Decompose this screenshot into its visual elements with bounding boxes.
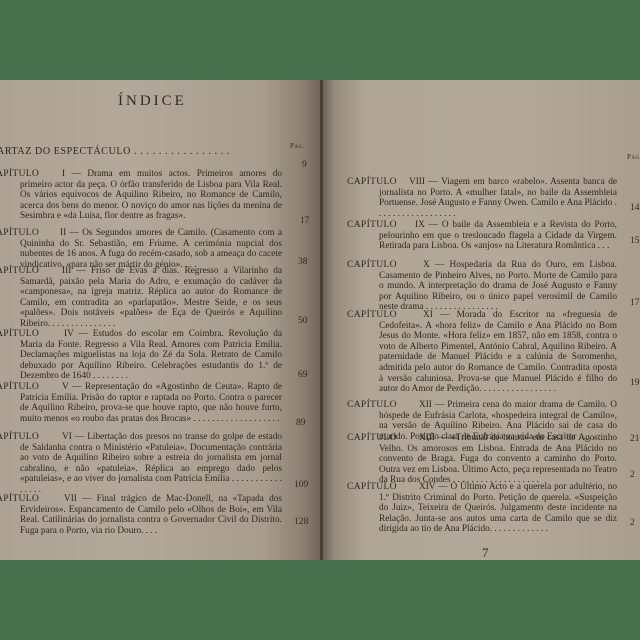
chapter-summary: XI — Morada do Escritor na «freguesia de… (379, 310, 617, 395)
page-number: 19 (630, 378, 640, 388)
chapter-summary: IV — Estudos do escolar em Coimbra. Revo… (20, 329, 282, 382)
page-number: 109 (294, 480, 308, 490)
page-number: 38 (298, 257, 308, 267)
right-page: Pág. CAPÍTULO VIII — Viagem em barco «ra… (322, 80, 640, 560)
chapter-summary: III — Friso de Evas a dias. Regresso a V… (20, 266, 282, 330)
page-number: 2 (630, 470, 635, 480)
page-number: 14 (630, 203, 640, 213)
book-spine (320, 80, 323, 560)
page-number: 50 (298, 316, 308, 326)
chapter-summary: V — Representação do «Agostinho de Ceuta… (20, 382, 282, 424)
chapter-summary: II — Os Segundos amores de Camilo. (Casa… (20, 228, 282, 270)
page-number: 17 (300, 216, 310, 226)
toc-entry: APÍTULO IV — Estudos do escolar em Coimb… (0, 329, 286, 384)
chapter-summary: XIV — O Último Acto e a querela por adul… (379, 482, 617, 535)
page-number: 89 (296, 418, 306, 428)
left-page: ÍNDICE Pág. ARTAZ DO ESPECTÁCULO . . . .… (0, 80, 322, 560)
chapter-summary: I — Drama em muitos actos. Primeiros amo… (20, 169, 282, 222)
toc-entry: CAPÍTULO IX — O baile da Assembleia e a … (347, 220, 617, 255)
toc-entry: APÍTULO III — Friso de Evas a dias. Regr… (0, 266, 286, 336)
page-column-label: Pág. (290, 142, 305, 150)
page-number: 17 (630, 298, 640, 308)
page-number: 128 (294, 517, 308, 527)
background-top (0, 0, 640, 80)
page-number: 9 (302, 160, 307, 170)
page-number: 15 (630, 236, 640, 246)
toc-entry: CAPÍTULO X — Hospedaria da Rua do Ouro, … (347, 260, 617, 315)
toc-entry: APÍTULO V — Representação do «Agostinho … (0, 382, 286, 437)
chapter-summary: VIII — Viagem em barco «rabelo». Assenta… (379, 177, 617, 219)
page-column-label: Pág. (627, 153, 640, 161)
chapter-summary: VI — Libertação dos presos no transe do … (20, 432, 282, 496)
open-book: ÍNDICE Pág. ARTAZ DO ESPECTÁCULO . . . .… (0, 80, 640, 560)
chapter-summary: XIII — «Tribunal de honra» em casa de Ag… (379, 433, 617, 486)
toc-entry: CAPÍTULO XIII — «Tribunal de honra» em c… (347, 433, 617, 488)
page-number: 69 (298, 370, 308, 380)
toc-entry: APÍTULO VII — Final trágico de Mac-Donel… (0, 494, 286, 544)
chapter-summary: IX — O baile da Assembleia e a Revista d… (379, 220, 617, 252)
chapter-summary: X — Hospedaria da Rua do Ouro, em Lisboa… (379, 260, 617, 313)
page-title: ÍNDICE (118, 93, 187, 110)
chapter-summary: VII — Final trágico de Mac-Donell, na «T… (20, 494, 282, 536)
page-folio: 7 (482, 545, 489, 560)
page-number: 21 (630, 434, 640, 444)
toc-entry: CAPÍTULO XI — Morada do Escritor na «fre… (347, 310, 617, 400)
page-number: 2 (630, 518, 635, 528)
toc-entry: APÍTULO I — Drama em muitos actos. Prime… (0, 169, 286, 224)
toc-entry: CAPÍTULO VIII — Viagem em barco «rabelo»… (347, 177, 617, 222)
background-bottom (0, 560, 640, 640)
toc-entry: CAPÍTULO XIV — O Último Acto e a querela… (347, 482, 617, 537)
cartaz-entry: ARTAZ DO ESPECTÁCULO . . . . . . . . . .… (0, 146, 230, 157)
toc-entry: APÍTULO VI — Libertação dos presos no tr… (0, 432, 286, 502)
